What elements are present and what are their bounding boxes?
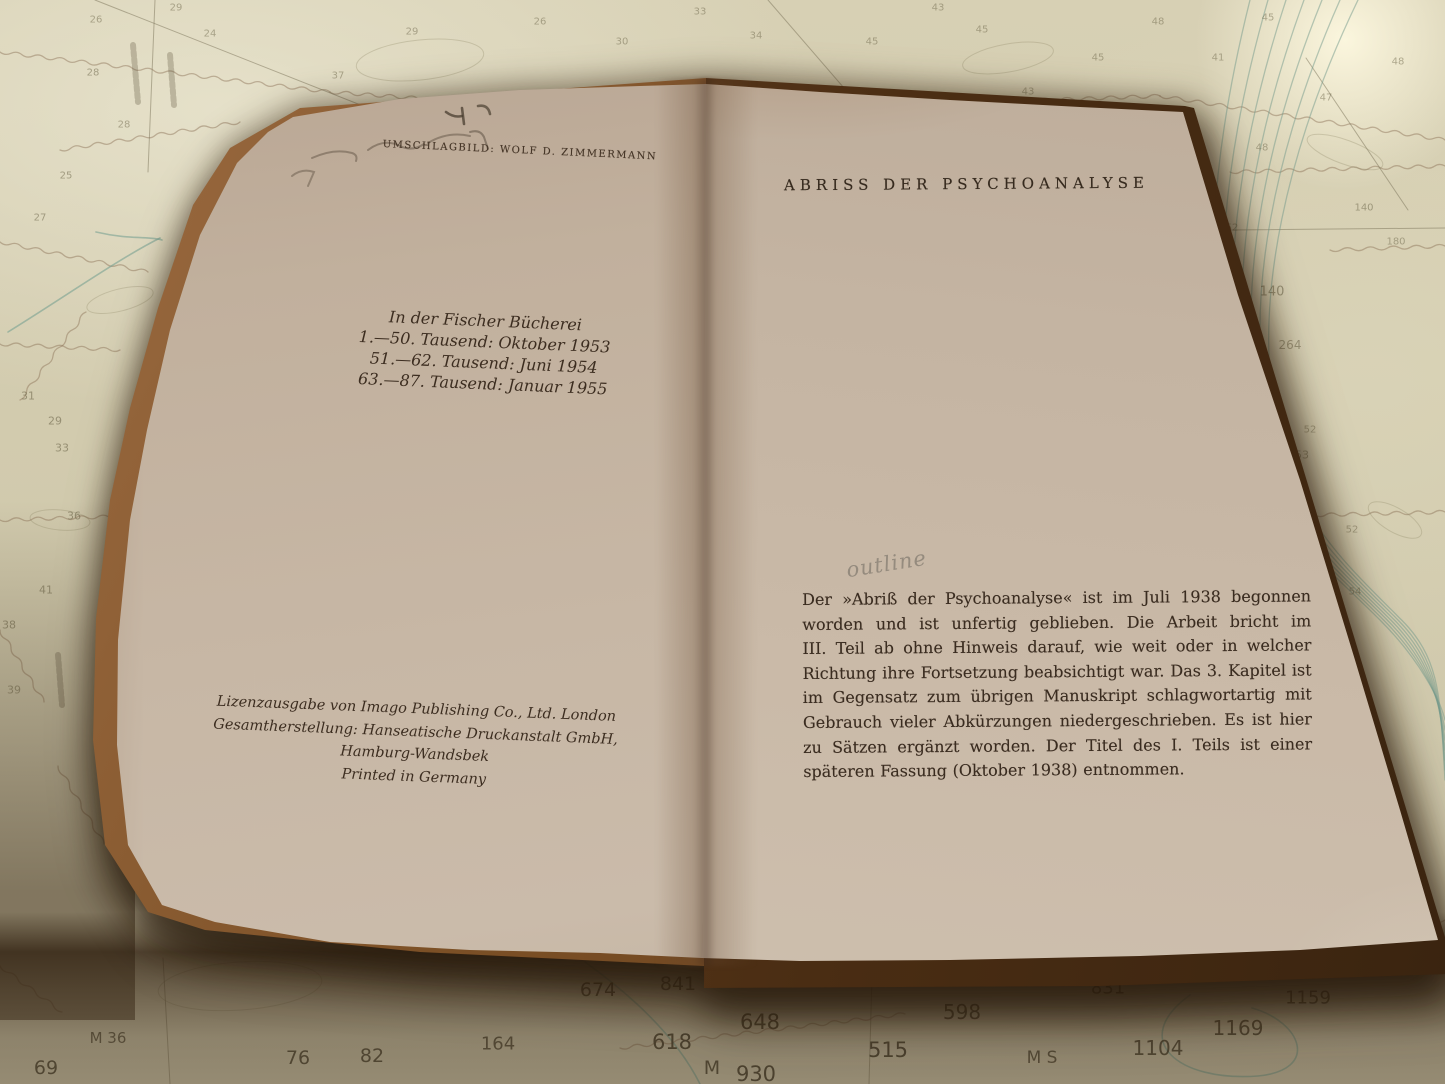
editorial-note-line: III. Teil ab ohne Hinweis darauf, wie we… [802,634,1311,662]
half-title: ABRISS DER PSYCHOANALYSE [784,174,1149,195]
editorial-note-line: späteren Fassung (Oktober 1938) entnomme… [803,757,1312,785]
editorial-note-line: Richtung ihre Fortsetzung beabsichtigt w… [803,658,1312,686]
photo-of-open-book-on-map: 2629242828252737292628303334434543454345… [0,0,1445,1084]
editorial-note-line: Gebrauch vieler Abkürzungen niedergeschr… [803,707,1312,735]
editorial-note-line: worden und ist unfertig geblieben. Die A… [802,609,1311,637]
open-book: UMSCHLAGBILD: WOLF D. ZIMMERMANN In der … [0,0,1445,1084]
pencil-annotation: outline [845,546,929,582]
editorial-note-line: im Gegensatz zum übrigen Manuskript schl… [803,683,1312,711]
editorial-note: Der »Abriß der Psychoanalyse« ist im Jul… [802,584,1312,784]
right-page-content: ABRISS DER PSYCHOANALYSE outline Der »Ab… [0,0,1445,1084]
editorial-note-line: zu Sätzen ergänzt worden. Der Titel des … [803,732,1312,760]
editorial-note-line: Der »Abriß der Psychoanalyse« ist im Jul… [802,584,1311,612]
